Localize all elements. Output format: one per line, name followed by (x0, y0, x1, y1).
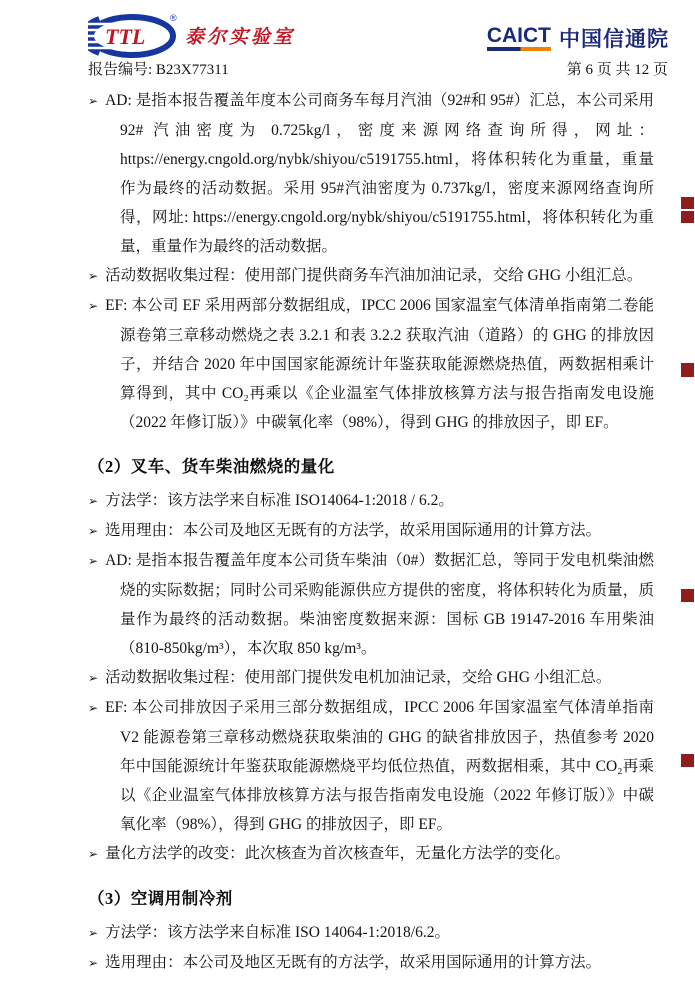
bullet-item: ➢AD: 是指本报告覆盖年度本公司商务车每月汽油（92#和 95#）汇总，本公司… (88, 86, 654, 261)
bullet-text: 选用理由：本公司及地区无既有的方法学，故采用国际通用的计算方法。 (105, 954, 601, 971)
bullet-arrow-icon: ➢ (88, 554, 98, 568)
ttl-logo: TTL ® 泰尔实验室 (88, 11, 295, 59)
bullet-arrow-icon: ➢ (88, 847, 98, 861)
bullet-item: ➢EF: 本公司排放因子采用三部分数据组成，IPCC 2006 年国家温室气体清… (88, 693, 654, 839)
bullet-text: 方法学：该方法学来自标准 ISO14064-1:2018 / 6.2。 (105, 492, 454, 509)
bullet-text: EF: 本公司排放因子采用三部分数据组成，IPCC 2006 年国家温室气体清单… (105, 699, 654, 833)
bullet-arrow-icon: ➢ (88, 269, 98, 283)
page-indicator: 第 6 页 共 12 页 (567, 60, 668, 80)
caict-logo: CAICT 中国信通院 (487, 23, 669, 53)
bullet-text: 方法学：该方法学来自标准 ISO 14064-1:2018/6.2。 (105, 924, 450, 941)
margin-mark (681, 197, 694, 209)
bullet-item: ➢EF: 本公司 EF 采用两部分数据组成，IPCC 2006 国家温室气体清单… (88, 291, 654, 437)
margin-mark (681, 754, 694, 767)
page-header: TTL ® 泰尔实验室 CAICT 中国信通院 (88, 11, 669, 59)
bullet-text: AD: 是指本报告覆盖年度本公司货车柴油（0#）数据汇总，等同于发电机柴油燃烧的… (105, 552, 654, 657)
bullet-arrow-icon: ➢ (88, 299, 98, 313)
document-body: ➢AD: 是指本报告覆盖年度本公司商务车每月汽油（92#和 95#）汇总，本公司… (88, 86, 654, 978)
ttl-logo-chinese-text: 泰尔实验室 (185, 22, 295, 49)
caict-acronym: CAICT (487, 25, 551, 51)
bullet-text: 量化方法学的改变：此次核查为首次核查年，无量化方法学的变化。 (105, 845, 570, 862)
section-2-bullets: ➢方法学：该方法学来自标准 ISO14064-1:2018 / 6.2。 ➢选用… (88, 486, 654, 869)
bullet-arrow-icon: ➢ (88, 494, 98, 508)
margin-mark (681, 211, 694, 223)
bullet-text: AD: 是指本报告覆盖年度本公司商务车每月汽油（92#和 95#）汇总，本公司采… (105, 92, 654, 255)
bullet-item: ➢选用理由：本公司及地区无既有的方法学，故采用国际通用的计算方法。 (88, 948, 654, 978)
margin-mark (681, 589, 694, 602)
bullet-arrow-icon: ➢ (88, 956, 98, 970)
section-3-bullets: ➢方法学：该方法学来自标准 ISO 14064-1:2018/6.2。 ➢选用理… (88, 918, 654, 978)
bullet-item: ➢方法学：该方法学来自标准 ISO 14064-1:2018/6.2。 (88, 918, 654, 948)
margin-mark (681, 363, 694, 377)
header-meta-row: 报告编号: B23X77311 第 6 页 共 12 页 (88, 60, 668, 80)
bullet-item: ➢AD: 是指本报告覆盖年度本公司货车柴油（0#）数据汇总，等同于发电机柴油燃烧… (88, 546, 654, 663)
bullet-text: EF: 本公司 EF 采用两部分数据组成，IPCC 2006 国家温室气体清单指… (105, 297, 654, 431)
bullet-item: ➢选用理由：本公司及地区无既有的方法学，故采用国际通用的计算方法。 (88, 516, 654, 546)
bullet-arrow-icon: ➢ (88, 524, 98, 538)
bullet-text: 选用理由：本公司及地区无既有的方法学，故采用国际通用的计算方法。 (105, 522, 601, 539)
caict-chinese-name: 中国信通院 (559, 23, 669, 53)
bullet-text: 活动数据收集过程：使用部门提供发电机加油记录，交给 GHG 小组汇总。 (105, 669, 611, 686)
section-1-bullets: ➢AD: 是指本报告覆盖年度本公司商务车每月汽油（92#和 95#）汇总，本公司… (88, 86, 654, 437)
ttl-acronym: TTL (105, 24, 145, 49)
registered-mark-icon: ® (170, 13, 177, 23)
bullet-item: ➢活动数据收集过程：使用部门提供发电机加油记录，交给 GHG 小组汇总。 (88, 663, 654, 693)
bullet-item: ➢量化方法学的改变：此次核查为首次核查年，无量化方法学的变化。 (88, 839, 654, 869)
section-heading-2: （2）叉车、货车柴油燃烧的量化 (88, 452, 654, 482)
section-heading-3: （3）空调用制冷剂 (88, 884, 654, 914)
bullet-text: 活动数据收集过程：使用部门提供商务车汽油加油记录，交给 GHG 小组汇总。 (105, 267, 642, 284)
report-number: 报告编号: B23X77311 (88, 60, 229, 80)
bullet-item: ➢方法学：该方法学来自标准 ISO14064-1:2018 / 6.2。 (88, 486, 654, 516)
ttl-ellipse-icon: TTL ® (88, 11, 184, 59)
bullet-arrow-icon: ➢ (88, 701, 98, 715)
bullet-arrow-icon: ➢ (88, 671, 98, 685)
report-page: TTL ® 泰尔实验室 CAICT 中国信通院 报告编号: B23X77311 … (0, 0, 695, 984)
bullet-arrow-icon: ➢ (88, 926, 98, 940)
bullet-item: ➢活动数据收集过程：使用部门提供商务车汽油加油记录，交给 GHG 小组汇总。 (88, 261, 654, 291)
bullet-arrow-icon: ➢ (88, 94, 98, 108)
